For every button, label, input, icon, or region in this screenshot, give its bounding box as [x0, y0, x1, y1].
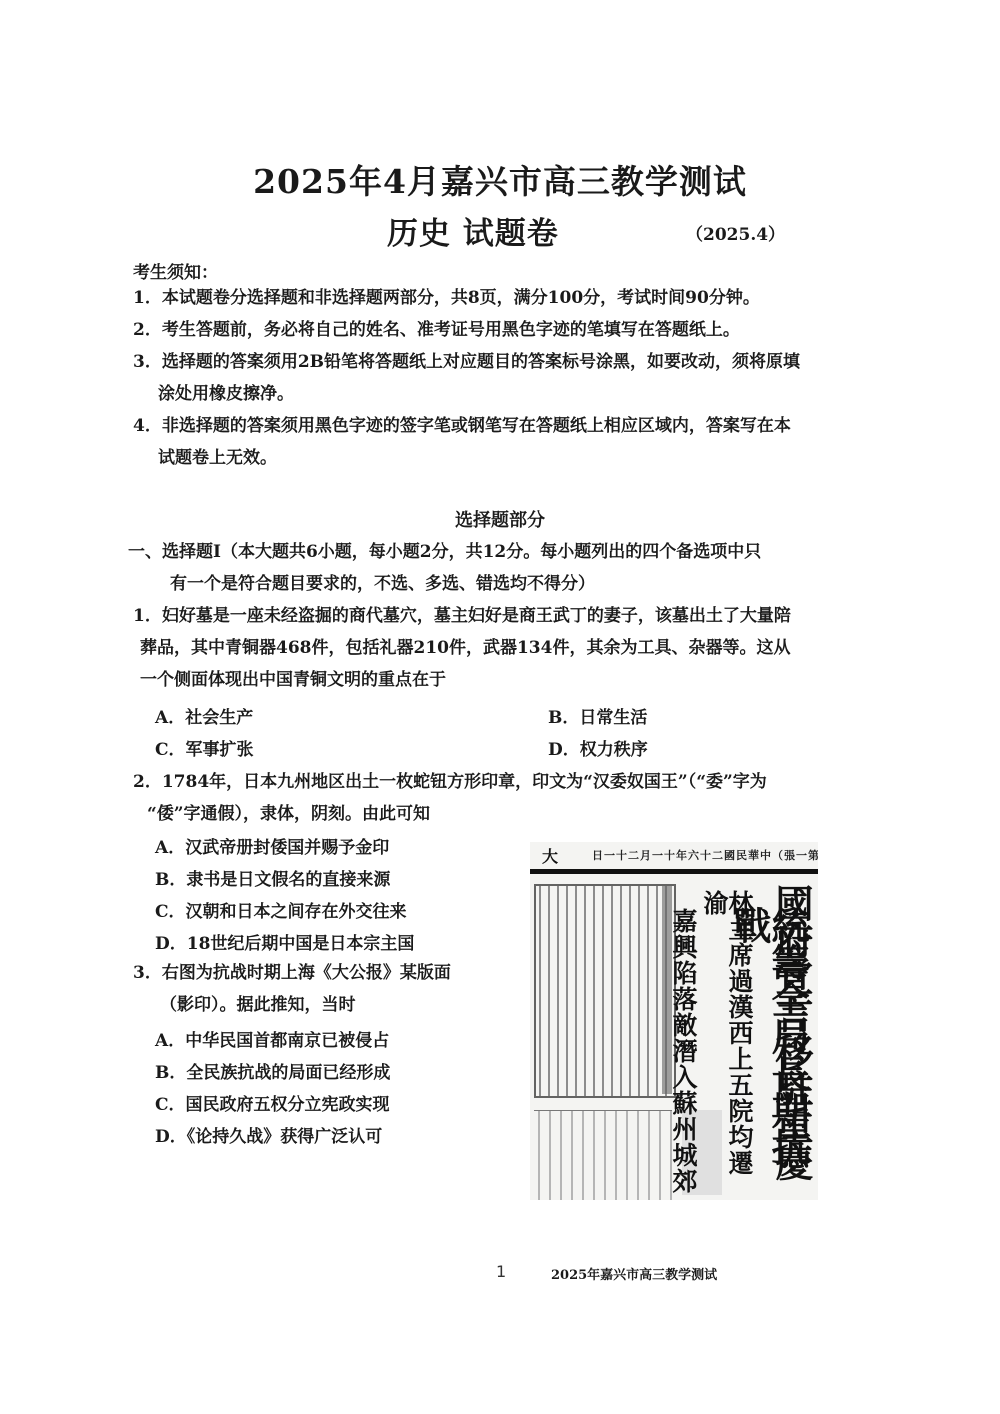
notice-item-2: 2．考生答题前，务必将自己的姓名、准考证号用黑色字迹的笔填写在答题纸上。 [133, 314, 740, 346]
q1-option-c: C．军事扩张 [155, 735, 254, 760]
footer-text: 2025年嘉兴市高三教学测试 [551, 1264, 717, 1283]
question-number: 2． [133, 772, 162, 792]
notice-item-number: 2． [133, 320, 162, 340]
section-title: 选择题部分 [0, 506, 1000, 532]
q1-option-d: D．权力秩序 [548, 735, 648, 760]
notice-item-3-cont: 涂处用橡皮擦净。 [158, 378, 294, 410]
question-number: 1． [133, 606, 162, 626]
notice-item-4-cont: 试题卷上无效。 [158, 442, 277, 474]
page-number: 1 [496, 1262, 506, 1281]
q1-option-b: B．日常生活 [548, 703, 647, 728]
notice-item-text: 本试题卷分选择题和非选择题两部分，共8页，满分100分，考试时间90分钟。 [162, 288, 760, 308]
notice-item-text: 非选择题的答案须用黑色字迹的签字笔或钢笔写在答题纸上相应区域内，答案写在本 [162, 416, 791, 436]
newspaper-article-body [534, 884, 676, 1098]
notice-item-number: 1． [133, 288, 162, 308]
question-2: 2．1784年，日本九州地区出土一枚蛇钮方形印章，印文为“汉委奴国王”（“委”字… [133, 766, 767, 798]
part-heading-cont: 有一个是符合题目要求的，不选、多选、错选均不得分） [170, 568, 595, 600]
newspaper-rule [530, 869, 818, 874]
q3-option-d: D．《论持久战》获得广泛认可 [155, 1122, 382, 1147]
notice-item-text: 选择题的答案须用2B铅笔将答题纸上对应题目的答案标号涂黑，如要改动，须将原填 [162, 352, 800, 372]
question-3: 3．右图为抗战时期上海《大公报》某版面 [133, 957, 451, 989]
question-number: 3． [133, 963, 162, 983]
question-1-line-3: 一个侧面体现出中国青铜文明的重点在于 [140, 664, 446, 696]
q2-option-d: D．18世纪后期中国是日本宗主国 [155, 929, 414, 954]
question-2-line-2: “倭”字通假），隶体，阴刻。由此可知 [147, 798, 430, 830]
question-1-line-2: 葬品，其中青铜器468件，包括礼器210件，武器134件，其余为工具、杂器等。这… [140, 632, 790, 664]
newspaper-masthead-char: 大 [542, 844, 558, 867]
q3-option-a: A．中华民国首都南京已被侵占 [155, 1026, 389, 1051]
notice-item-4: 4．非选择题的答案须用黑色字迹的签字笔或钢笔写在答题纸上相应区域内，答案写在本 [133, 410, 791, 442]
notice-item-text: 考生答题前，务必将自己的姓名、准考证号用黑色字迹的笔填写在答题纸上。 [162, 320, 740, 340]
q2-option-a: A．汉武帝册封倭国并赐予金印 [155, 833, 389, 858]
newspaper-facsimile-image: 大 日一十二月一十年六十二國民華中（張一第） 國府宣言移駐重慶 統籌全局長期抗戰… [530, 842, 818, 1200]
q3-option-c: C．国民政府五权分立宪政实现 [155, 1090, 390, 1115]
newspaper-dateline: 日一十二月一十年六十二國民華中（張一第） [592, 847, 818, 863]
notice-item-3: 3．选择题的答案须用2B铅笔将答题纸上对应题目的答案标号涂黑，如要改动，须将原填 [133, 346, 800, 378]
part-heading: 一、选择题Ⅰ（本大题共6小题，每小题2分，共12分。每小题列出的四个备选项中只 [128, 536, 761, 568]
question-text: 1784年，日本九州地区出土一枚蛇钮方形印章，印文为“汉委奴国王”（“委”字为 [162, 772, 767, 792]
q1-option-a: A．社会生产 [155, 703, 253, 728]
notice-item-number: 3． [133, 352, 162, 372]
q3-option-b: B．全民族抗战的局面已经形成 [155, 1058, 390, 1083]
exam-subtitle: 历史 试题卷 [387, 208, 559, 253]
notice-heading: 考生须知： [133, 258, 218, 283]
exam-title: 2025年4月嘉兴市高三教学测试 [0, 156, 1000, 203]
question-3-line-2: （影印）。据此推知，当时 [160, 989, 356, 1021]
question-text: 妇好墓是一座未经盗掘的商代墓穴，墓主妇好是商王武丁的妻子，该墓出土了大量陪 [162, 606, 791, 626]
q2-option-b: B．隶书是日文假名的直接来源 [155, 865, 390, 890]
notice-item-number: 4． [133, 416, 162, 436]
newspaper-lower-text [534, 1110, 672, 1200]
question-text: 右图为抗战时期上海《大公报》某版面 [162, 963, 451, 983]
question-1: 1．妇好墓是一座未经盗掘的商代墓穴，墓主妇好是商王武丁的妻子，该墓出土了大量陪 [133, 600, 791, 632]
notice-item-1: 1．本试题卷分选择题和非选择题两部分，共8页，满分100分，考试时间90分钟。 [133, 282, 760, 314]
exam-date: （2025.4） [686, 220, 785, 245]
q2-option-c: C．汉朝和日本之间存在外交往来 [155, 897, 407, 922]
newspaper-headline-4: 嘉興陷落敵潛入蘇州城郊 [671, 908, 696, 1194]
newspaper-masthead: 大 日一十二月一十年六十二國民華中（張一第） [530, 842, 818, 868]
newspaper-headline-3: 林主席過漢西上五院均遷渝 [702, 890, 752, 1200]
